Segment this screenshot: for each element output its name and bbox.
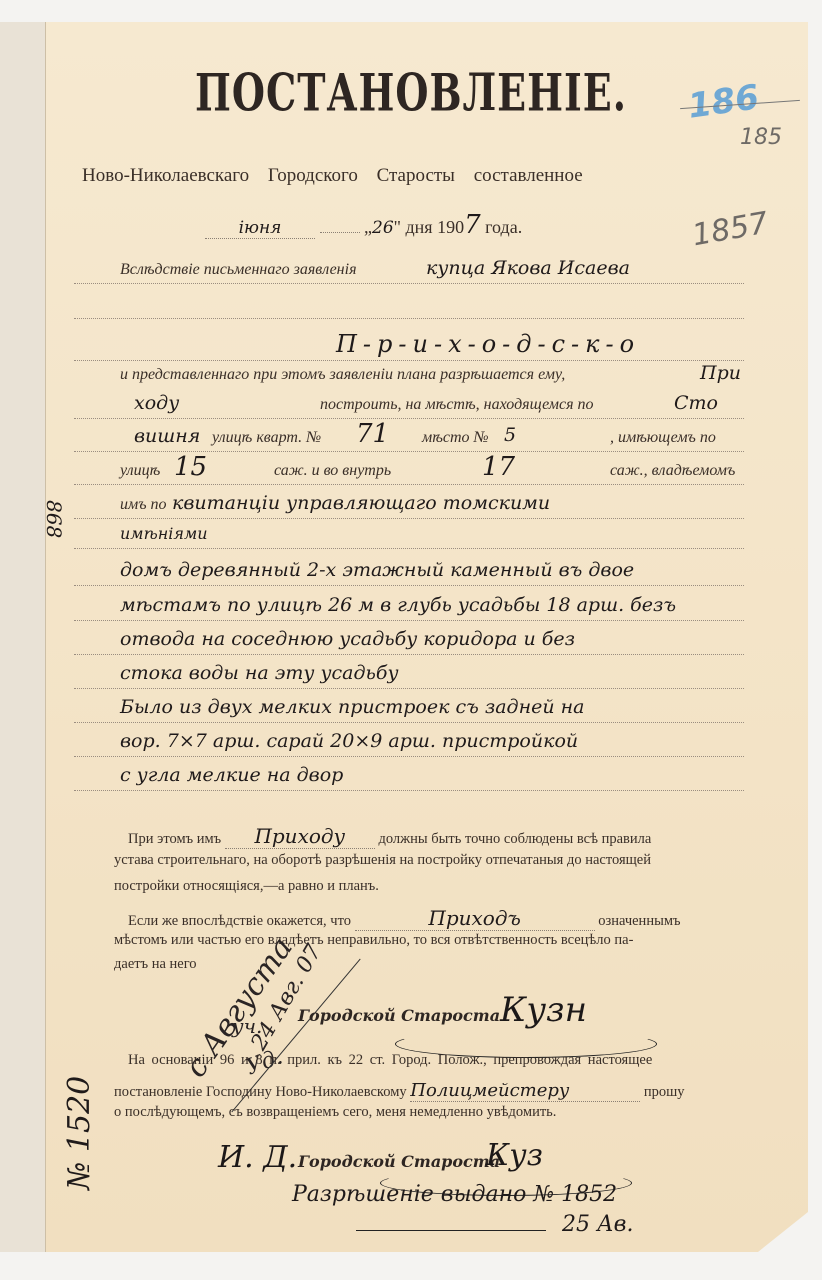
object-field: П-р-и-х-о-д-с-к-о — [336, 330, 640, 358]
body-text: с угла мелкие на двор — [120, 764, 343, 786]
owner-field-1: квитанціи управляющаго томскими — [172, 492, 550, 514]
forwarding-line-2: постановленіе Господину Ново-Николаевско… — [114, 1080, 685, 1102]
applicant-field: купца Якова Исаева — [426, 257, 630, 279]
build-line: ходу построить, на мѣстѣ, находящемся по… — [74, 390, 744, 419]
owner-field-2: имѣніями — [120, 524, 208, 543]
build-text: построить, на мѣстѣ, находящемся по — [320, 396, 594, 414]
forwarding-text: постановленіе Господину Ново-Николаевско… — [114, 1084, 407, 1100]
day-word: дня — [406, 217, 433, 237]
owner-line: имъ по квитанціи управляющаго томскими — [74, 490, 744, 519]
object-line: П-р-и-х-о-д-с-к-о — [74, 332, 744, 361]
sazhen-label-2: саж., владѣемомъ — [610, 462, 735, 480]
rules-text: Если же впослѣдствіе окажется, что — [128, 913, 351, 929]
statement-label: Вслѣдствіе письменнаго заявленія — [120, 261, 357, 279]
body-text: вор. 7×7 арш. сарай 20×9 арш. пристройко… — [120, 730, 578, 752]
recipient-field-1: При — [700, 362, 741, 384]
street-label: улицѣ кварт. № — [212, 429, 321, 447]
open-quote: „ — [364, 217, 372, 237]
rules-line-6: даетъ на него — [114, 956, 197, 973]
rules-field-1: Приходу — [225, 824, 375, 849]
day-field: 26 — [372, 218, 394, 238]
rules-text: означеннымъ — [598, 913, 680, 929]
body-line: домъ деревянный 2-х этажный каменный въ … — [74, 557, 744, 586]
body-line: Было из двух мелких пристроек съ задней … — [74, 694, 744, 723]
sazhen-label-1: саж. и во внутрь — [274, 462, 391, 480]
rules-line-4: Если же впослѣдствіе окажется, что Прихо… — [128, 906, 681, 931]
body-line: стока воды на эту усадьбу — [74, 660, 744, 689]
permit-issued-note: Разрѣшеніе выдано № 1852 — [292, 1182, 617, 1207]
body-line: отвода на соседнюю усадьбу коридора и бе… — [74, 626, 744, 655]
rules-line-2: устава строительнаго, на оборотѣ разрѣше… — [114, 852, 651, 869]
place-label: мѣсто № — [422, 429, 489, 447]
date-line: іюня „26" дня 1907 года. — [205, 210, 522, 240]
year-prefix: 190 — [437, 217, 464, 237]
plan-text: и представленнаго при этомъ заявленіи пл… — [120, 366, 565, 384]
body-line: с угла мелкие на двор — [74, 762, 744, 791]
place-field: 5 — [504, 424, 516, 446]
street-field-2: вишня — [134, 425, 200, 447]
margin-note-lower: № 1520 — [62, 1076, 97, 1190]
applicant-line: Вслѣдствіе письменнаго заявленія купца Я… — [74, 255, 744, 284]
recipient-field-2: ходу — [134, 392, 179, 414]
close-quote: " — [394, 217, 401, 237]
having-label: , имѣющемъ по — [610, 429, 716, 447]
mayor-label-2: Городской Староста — [298, 1152, 500, 1171]
forwarding-text: прошу — [644, 1084, 685, 1100]
body-line: мѣстамъ по улицѣ 26 м в глубь усадьбы 18… — [74, 592, 744, 621]
street-field-1: Сто — [674, 392, 718, 414]
pencil-archive-number: 185 — [740, 125, 782, 150]
street-length-label: улицѣ — [120, 462, 160, 480]
body-text: стока воды на эту усадьбу — [120, 662, 398, 684]
police-chief-field: Полицмейстеру — [410, 1080, 640, 1102]
forwarding-line-3: о послѣдующемъ, съ возвращеніемъ сего, м… — [114, 1104, 556, 1121]
margin-note-upper: 868 — [42, 500, 66, 538]
month-field: іюня — [205, 218, 315, 239]
street-length-field: 15 — [174, 452, 207, 482]
permit-date-note: 25 Ав. — [562, 1212, 633, 1237]
mayor-signature-2: Куз — [486, 1138, 543, 1173]
rules-field-2: Приходъ — [355, 906, 595, 931]
rules-line-3: постройки относящіяся,—а равно и планъ. — [114, 878, 379, 895]
quarter-field: 71 — [356, 419, 389, 449]
depth-field: 17 — [482, 452, 515, 482]
year-suffix: года. — [485, 217, 522, 237]
body-text: мѣстамъ по улицѣ 26 м в глубь усадьбы 18… — [120, 594, 676, 616]
owner-label: имъ по — [120, 496, 167, 514]
mayor-signature-1: Кузн — [500, 990, 587, 1030]
folded-corner — [758, 1212, 808, 1252]
rules-line-5: мѣстомъ или частью его владѣетъ неправил… — [114, 932, 633, 949]
street-line: вишня улицѣ кварт. № 71 мѣсто № 5 , имѣю… — [74, 423, 744, 452]
dimensions-line: улицѣ 15 саж. и во внутрь 17 саж., владѣ… — [74, 456, 744, 485]
body-text: Было из двух мелких пристроек съ задней … — [120, 696, 584, 718]
mayor-label-1: Городской Староста — [298, 1006, 500, 1025]
rules-text: При этомъ имъ — [128, 831, 221, 847]
rules-line-1: При этомъ имъ Приходу должны быть точно … — [128, 824, 651, 849]
blank-line — [74, 290, 744, 319]
forwarding-line-1: На основаніи 96 и 8 п. прил. къ 22 ст. Г… — [128, 1052, 652, 1069]
rules-text: должны быть точно соблюдены всѣ правила — [378, 831, 651, 847]
body-text: отвода на соседнюю усадьбу коридора и бе… — [120, 628, 575, 650]
underline-stroke — [356, 1230, 546, 1231]
acting-prefix: И. Д. — [218, 1140, 297, 1175]
pencil-note-3: уч. — [232, 1014, 262, 1038]
year-field: 7 — [464, 210, 481, 240]
date-filler — [320, 232, 360, 233]
body-text: домъ деревянный 2-х этажный каменный въ … — [120, 559, 634, 581]
owner-line-2: имѣніями — [74, 520, 744, 549]
underlying-sheet — [0, 22, 48, 1252]
document-subtitle: Ново-Николаевскаго Городского Старосты с… — [82, 165, 583, 187]
body-line: вор. 7×7 арш. сарай 20×9 арш. пристройко… — [74, 728, 744, 757]
